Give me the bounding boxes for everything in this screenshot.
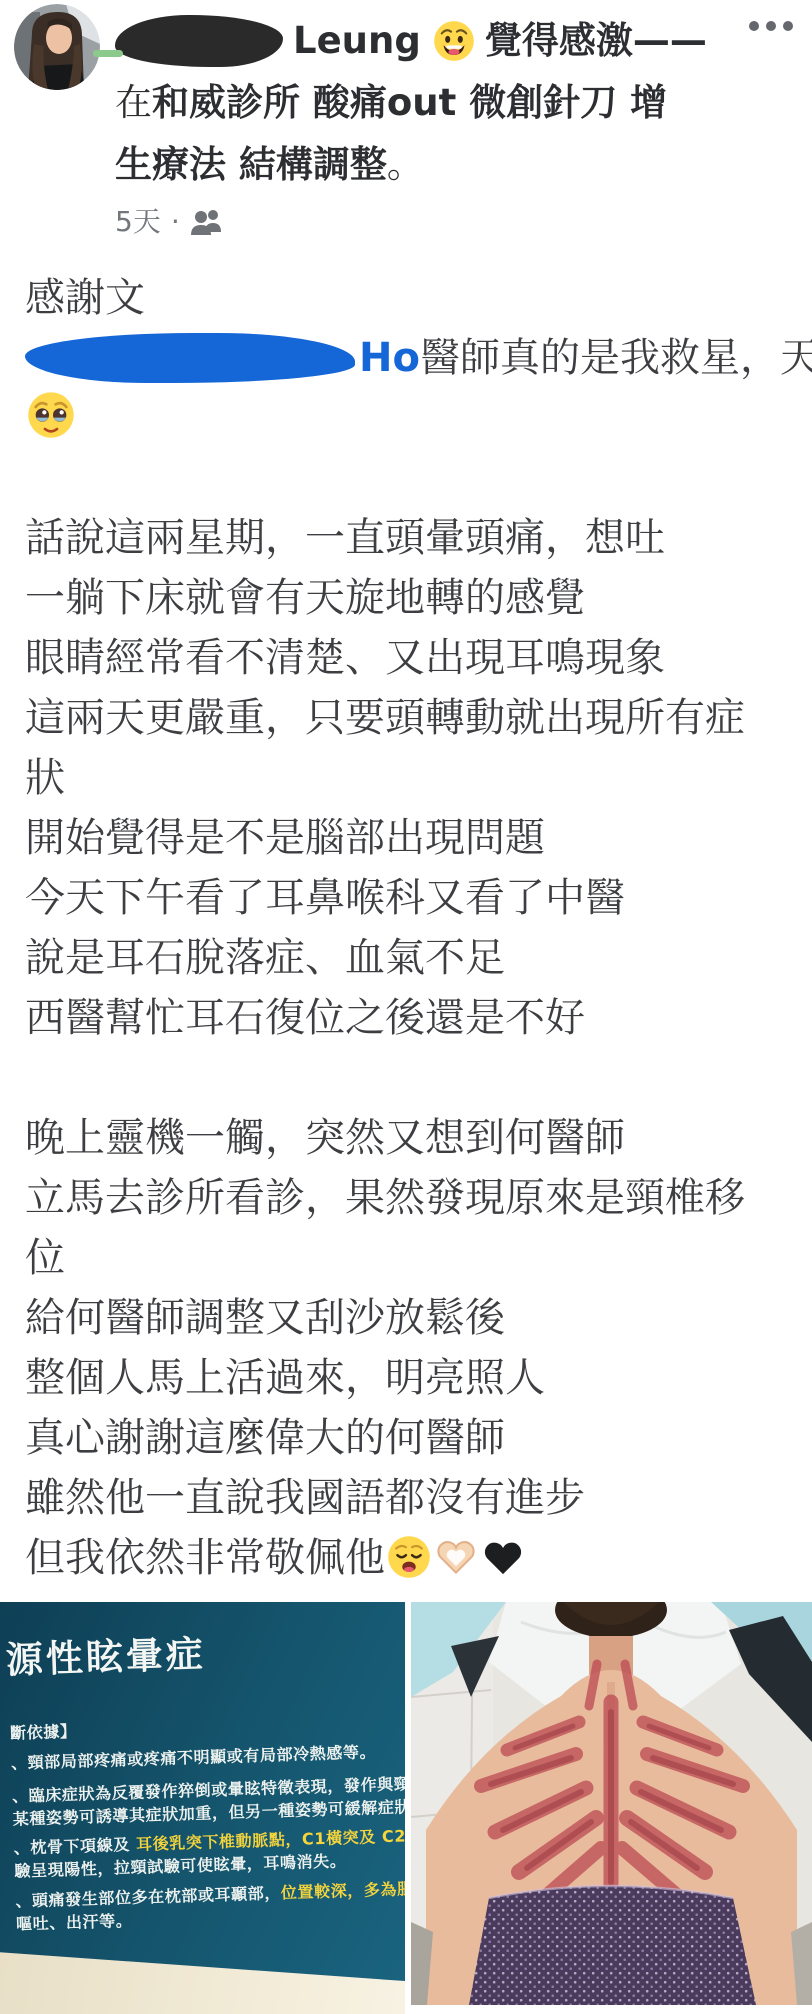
- body-line: 整個人馬上活過來，明亮照人: [25, 1348, 800, 1408]
- body-line: 晚上靈機一觸，突然又想到何醫師: [25, 1108, 800, 1168]
- avatar[interactable]: [14, 4, 100, 90]
- avatar-photo: [14, 4, 100, 90]
- heart-hands-emoji: [433, 1533, 479, 1579]
- redacted-mention-scribble[interactable]: [25, 333, 355, 383]
- timestamp[interactable]: 5天: [115, 200, 161, 244]
- body-line: 話說這兩星期，一直頭暈頭痛，想吐: [25, 508, 800, 568]
- body-line: 真心謝謝這麼偉大的何醫師: [25, 1408, 800, 1468]
- body-line: 開始覺得是不是腦部出現問題: [25, 808, 800, 868]
- mention-line: Ho醫師真的是我救星，天醫神尊: [25, 328, 800, 388]
- checkin-line-1: 在和威診所 酸痛out 微創針刀 增: [115, 72, 763, 134]
- body-line: 給何醫師調整又刮沙放鬆後: [25, 1288, 800, 1348]
- checkin-line-2: 生療法 結構調整。: [115, 134, 763, 196]
- body-line: [25, 448, 800, 508]
- body-line: 這兩天更嚴重，只要頭轉動就出現所有症: [25, 688, 800, 748]
- slide-text: 斷依據】 、頸部局部疼痛或疼痛不明顯或有局部冷熱感等。 、臨床症狀為反覆發作猝倒…: [10, 1709, 405, 1934]
- emoji-line: [25, 388, 800, 448]
- dot: [766, 21, 776, 31]
- checkin-suffix: 。: [387, 143, 424, 186]
- body-line: 狀: [25, 748, 800, 808]
- green-scribble-mark: [93, 50, 123, 57]
- facebook-post: Leung 覺得感激—— 在和威診所 酸痛out 微創針刀 增 生療法 結構調整…: [0, 0, 812, 2014]
- body-line: [25, 1048, 800, 1108]
- redacted-first-name-scribble: [115, 15, 283, 67]
- dot: [783, 21, 793, 31]
- final-text: 但我依然非常敬佩他: [25, 1535, 385, 1581]
- attached-photo-slide[interactable]: 源性眩暈症 斷依據】 、頸部局部疼痛或疼痛不明顯或有局部冷熱感等。 、臨床症狀為…: [0, 1602, 405, 2014]
- body-line: 感謝文: [25, 268, 800, 328]
- body-line: 西醫幫忙耳石復位之後還是不好: [25, 988, 800, 1048]
- profile-name[interactable]: Leung: [293, 10, 421, 72]
- post-meta: 5天 ·: [115, 200, 763, 244]
- feeling-text: 覺得感激——: [485, 10, 707, 72]
- slide-line: 斷依據】: [10, 1709, 405, 1743]
- slide-line: 、頸部局部疼痛或疼痛不明顯或有局部冷熱感等。: [11, 1739, 405, 1773]
- post-body: 感謝文 Ho醫師真的是我救星，天醫神尊 話說這兩星期，一直頭暈頭痛，想吐 一躺下…: [25, 268, 800, 1588]
- header-line-1: Leung 覺得感激——: [115, 10, 763, 72]
- body-line: 一躺下床就會有天旋地轉的感覺: [25, 568, 800, 628]
- slide-title: 源性眩暈症: [5, 1624, 207, 1684]
- mention-rest: 醫師真的是我救星，天醫神尊: [420, 335, 812, 381]
- body-line: 眼睛經常看不清楚、又出現耳鳴現象: [25, 628, 800, 688]
- post-header: Leung 覺得感激—— 在和威診所 酸痛out 微創針刀 增 生療法 結構調整…: [115, 10, 763, 244]
- body-line: 位: [25, 1228, 800, 1288]
- checkin-place-link-2[interactable]: 生療法 結構調整: [115, 143, 387, 186]
- body-line: 立馬去診所看診，果然發現原來是頸椎移: [25, 1168, 800, 1228]
- black-heart-emoji: [481, 1535, 525, 1579]
- body-line: 說是耳石脫落症、血氣不足: [25, 928, 800, 988]
- checkin-prefix: 在: [115, 81, 152, 124]
- final-line: 但我依然非常敬佩他: [25, 1528, 800, 1588]
- body-line: 今天下午看了耳鼻喉科又看了中醫: [25, 868, 800, 928]
- grateful-smiley-emoji: [433, 20, 475, 62]
- checkin-place-link[interactable]: 和威診所 酸痛out 微創針刀 增: [152, 81, 667, 124]
- friends-icon: [190, 208, 226, 236]
- body-line: 雖然他一直說我國語都沒有進步: [25, 1468, 800, 1528]
- face-holding-back-tears-emoji: [27, 391, 75, 439]
- meta-separator: ·: [171, 200, 180, 244]
- relieved-face-emoji: [387, 1535, 431, 1579]
- attached-photo-guasha[interactable]: [411, 1602, 812, 2005]
- mention-link[interactable]: Ho: [359, 335, 420, 381]
- slide-content: 源性眩暈症 斷依據】 、頸部局部疼痛或疼痛不明顯或有局部冷熱感等。 、臨床症狀為…: [0, 1602, 405, 2014]
